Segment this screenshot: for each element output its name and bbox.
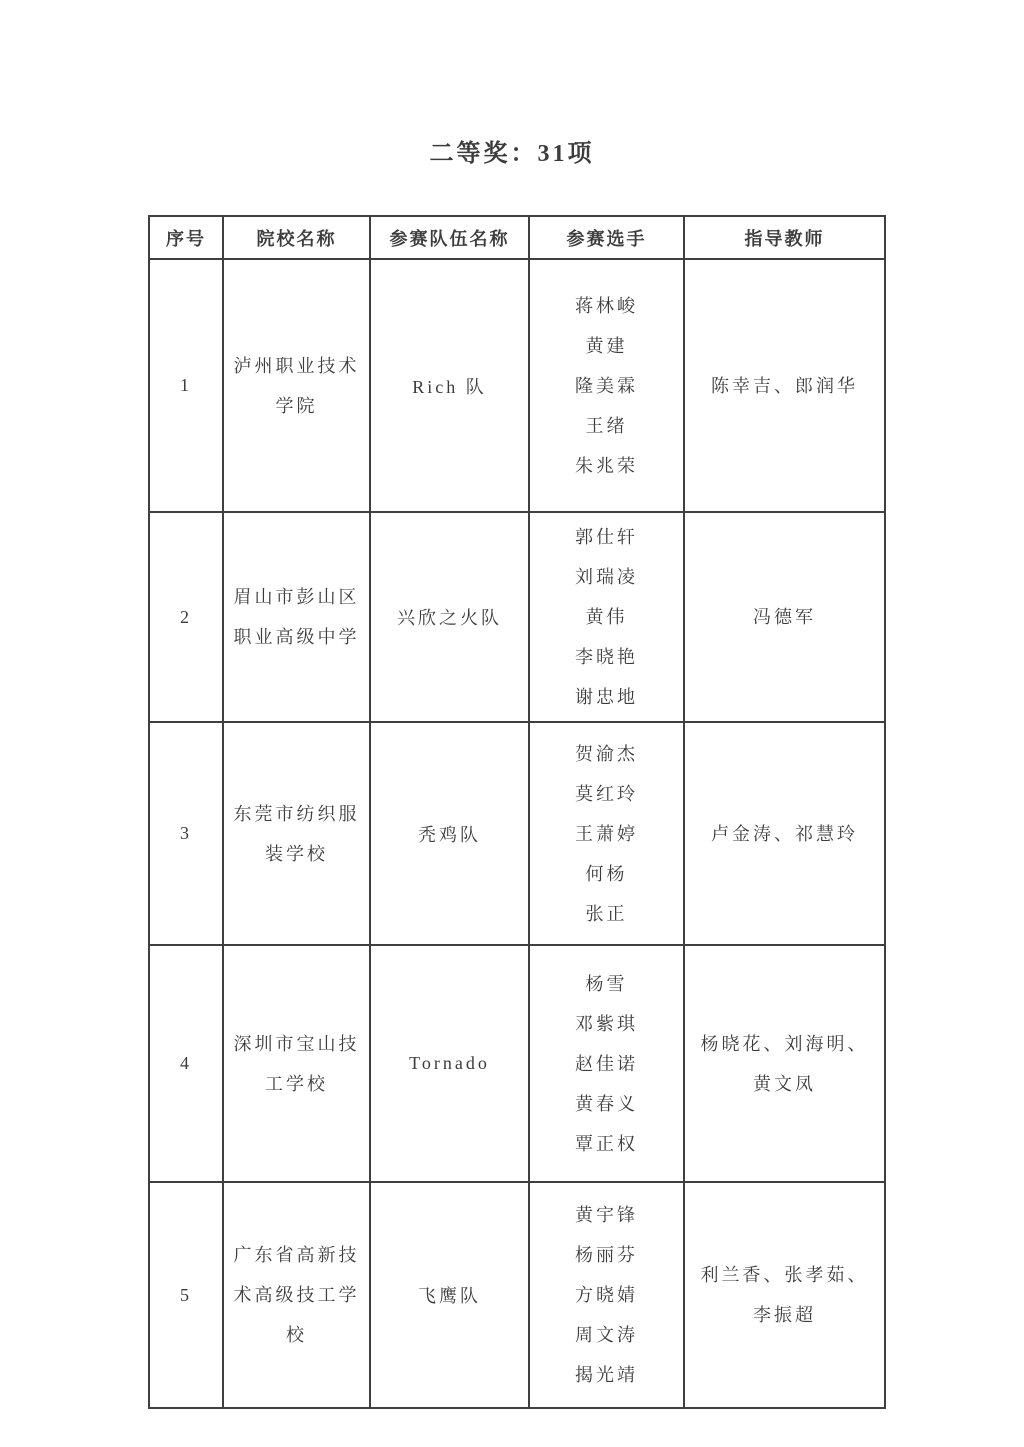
contestant-name: 黄建 — [538, 326, 675, 366]
cell-contestants: 杨雪 邓紫琪 赵佳诺 黄春义 覃正权 — [529, 945, 684, 1182]
contestant-name: 黄宇锋 — [538, 1195, 675, 1235]
header-school: 院校名称 — [223, 216, 370, 259]
contestant-name: 邓紫琪 — [538, 1004, 675, 1044]
cell-school: 深圳市宝山技工学校 — [223, 945, 370, 1182]
contestant-name: 赵佳诺 — [538, 1044, 675, 1084]
contestant-name: 朱兆荣 — [538, 446, 675, 486]
cell-teachers: 冯德军 — [684, 512, 885, 722]
cell-contestants: 贺渝杰 莫红玲 王萧婷 何杨 张正 — [529, 722, 684, 945]
cell-contestants: 郭仕轩 刘瑞凌 黄伟 李晓艳 谢忠地 — [529, 512, 684, 722]
contestant-name: 贺渝杰 — [538, 734, 675, 774]
cell-team: Tornado — [370, 945, 529, 1182]
cell-teachers: 杨晓花、刘海明、黄文凤 — [684, 945, 885, 1182]
contestant-name: 杨雪 — [538, 964, 675, 1004]
table-header-row: 序号 院校名称 参赛队伍名称 参赛选手 指导教师 — [149, 216, 885, 259]
cell-team: 兴欣之火队 — [370, 512, 529, 722]
contestant-name: 王绪 — [538, 406, 675, 446]
header-team: 参赛队伍名称 — [370, 216, 529, 259]
contestant-name: 莫红玲 — [538, 774, 675, 814]
cell-contestants: 蒋林峻 黄建 隆美霖 王绪 朱兆荣 — [529, 259, 684, 512]
contestant-name: 黄春义 — [538, 1084, 675, 1124]
cell-school: 眉山市彭山区职业高级中学 — [223, 512, 370, 722]
cell-index: 4 — [149, 945, 223, 1182]
header-index: 序号 — [149, 216, 223, 259]
cell-teachers: 利兰香、张孝茹、李振超 — [684, 1182, 885, 1408]
table-row: 1 泸州职业技术学院 Rich 队 蒋林峻 黄建 隆美霖 王绪 朱兆荣 陈幸吉、… — [149, 259, 885, 512]
cell-index: 3 — [149, 722, 223, 945]
contestant-name: 郭仕轩 — [538, 517, 675, 557]
header-teachers: 指导教师 — [684, 216, 885, 259]
contestant-name: 杨丽芬 — [538, 1235, 675, 1275]
contestant-name: 张正 — [538, 894, 675, 934]
table-row: 3 东莞市纺织服装学校 秃鸡队 贺渝杰 莫红玲 王萧婷 何杨 张正 卢金涛、祁慧… — [149, 722, 885, 945]
cell-index: 5 — [149, 1182, 223, 1408]
page-title: 二等奖：31项 — [0, 133, 1024, 168]
cell-team: 飞鹰队 — [370, 1182, 529, 1408]
contestant-name: 隆美霖 — [538, 366, 675, 406]
contestant-name: 覃正权 — [538, 1124, 675, 1164]
cell-index: 2 — [149, 512, 223, 722]
contestant-name: 李晓艳 — [538, 637, 675, 677]
contestant-name: 揭光靖 — [538, 1355, 675, 1395]
cell-team: Rich 队 — [370, 259, 529, 512]
contestant-name: 何杨 — [538, 854, 675, 894]
cell-team: 秃鸡队 — [370, 722, 529, 945]
contestant-name: 王萧婷 — [538, 814, 675, 854]
contestant-name: 刘瑞凌 — [538, 557, 675, 597]
cell-teachers: 卢金涛、祁慧玲 — [684, 722, 885, 945]
contestant-name: 蒋林峻 — [538, 286, 675, 326]
contestant-name: 方晓婧 — [538, 1275, 675, 1315]
table-row: 5 广东省高新技术高级技工学校 飞鹰队 黄宇锋 杨丽芬 方晓婧 周文涛 揭光靖 … — [149, 1182, 885, 1408]
cell-teachers: 陈幸吉、郎润华 — [684, 259, 885, 512]
cell-index: 1 — [149, 259, 223, 512]
contestant-name: 谢忠地 — [538, 677, 675, 717]
cell-school: 广东省高新技术高级技工学校 — [223, 1182, 370, 1408]
table-row: 4 深圳市宝山技工学校 Tornado 杨雪 邓紫琪 赵佳诺 黄春义 覃正权 杨… — [149, 945, 885, 1182]
table-row: 2 眉山市彭山区职业高级中学 兴欣之火队 郭仕轩 刘瑞凌 黄伟 李晓艳 谢忠地 … — [149, 512, 885, 722]
award-table: 序号 院校名称 参赛队伍名称 参赛选手 指导教师 1 泸州职业技术学院 Rich… — [148, 215, 886, 1409]
cell-school: 泸州职业技术学院 — [223, 259, 370, 512]
cell-contestants: 黄宇锋 杨丽芬 方晓婧 周文涛 揭光靖 — [529, 1182, 684, 1408]
cell-school: 东莞市纺织服装学校 — [223, 722, 370, 945]
contestant-name: 黄伟 — [538, 597, 675, 637]
header-contestants: 参赛选手 — [529, 216, 684, 259]
contestant-name: 周文涛 — [538, 1315, 675, 1355]
